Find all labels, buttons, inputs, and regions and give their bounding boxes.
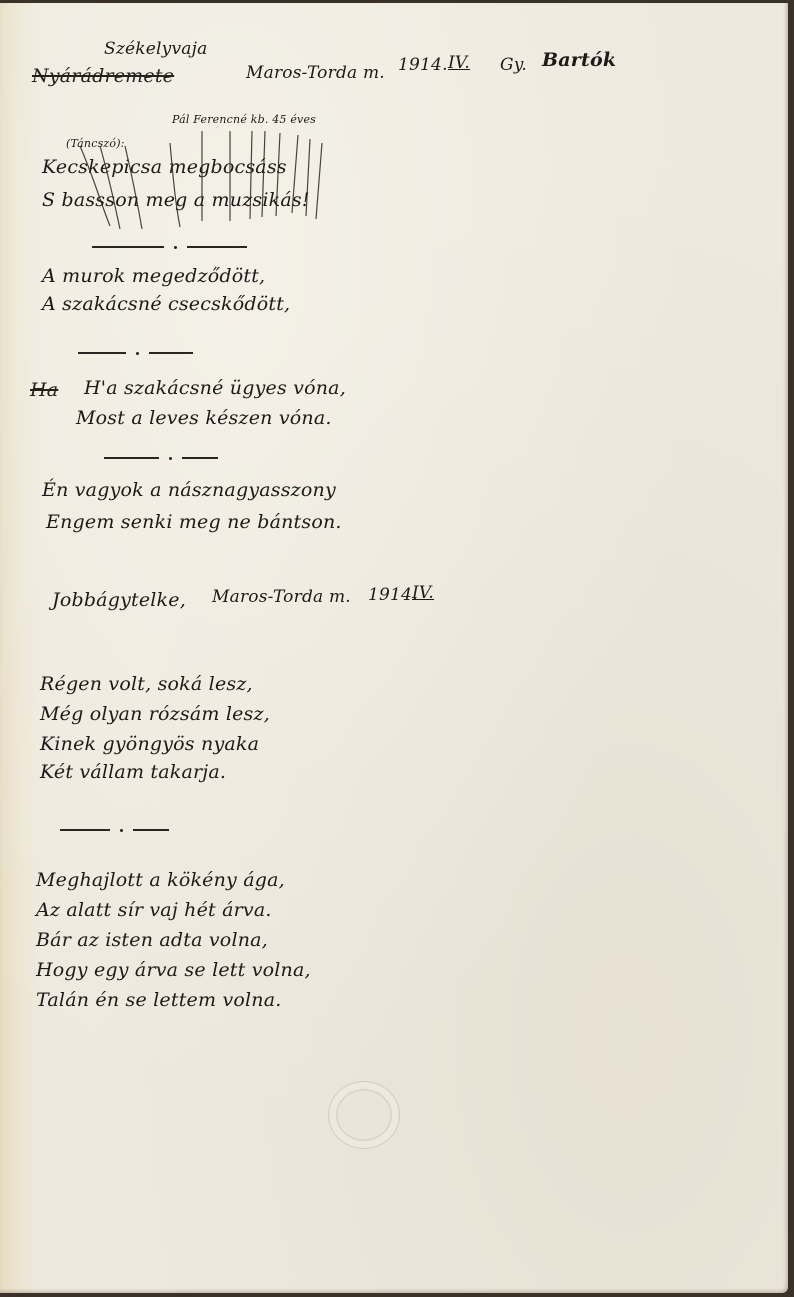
song1-label: (Táncszó): [66, 137, 125, 150]
manuscript-page: Székelyvaja Nyárádremete Maros-Torda m. … [0, 3, 788, 1293]
song5-line-4: Két vállam takarja. [40, 761, 226, 783]
header-month: IV. [448, 53, 470, 73]
song6-line-5: Talán én se lettem volna. [36, 989, 282, 1011]
singer-note: Pál Ferencné kb. 45 éves [172, 113, 316, 126]
struck-place-name: Nyárádremete [32, 65, 174, 87]
section2-year: 1914. [368, 585, 418, 605]
song6-line-4: Hogy egy árva se lett volna, [36, 959, 311, 981]
song6-line-2: Az alatt sír vaj hét árva. [36, 899, 272, 921]
library-stamp [328, 1081, 400, 1149]
song4-line-2: Engem senki meg ne bántson. [46, 511, 342, 533]
song4-line-1: Én vagyok a násznagyasszony [42, 479, 336, 501]
collector-prefix: Gy. [500, 55, 527, 75]
song5-line-1: Régen volt, soká lesz, [40, 673, 253, 695]
song1-line-2: S bassson meg a muzsikás! [42, 189, 310, 211]
section2-county: Maros-Torda m. [212, 587, 351, 607]
song1-line-1: Kecskepicsa megbocsáss [42, 156, 287, 178]
song3-struck-prefix: Ha [30, 379, 58, 401]
header-county: Maros-Torda m. [246, 63, 385, 83]
song5-line-3: Kinek gyöngyös nyaka [40, 733, 259, 755]
inserted-place-name: Székelyvaja [104, 39, 207, 59]
section2-place: Jobbágytelke, [52, 589, 186, 611]
collector-signature: Bartók [542, 49, 616, 71]
song5-line-2: Még olyan rózsám lesz, [40, 703, 270, 725]
section2-month: IV. [412, 583, 434, 603]
song2-line-1: A murok megedződött, [42, 265, 265, 287]
header-year: 1914. [398, 55, 448, 75]
song6-line-3: Bár az isten adta volna, [36, 929, 268, 951]
song3-line-2: Most a leves készen vóna. [76, 407, 332, 429]
song6-line-1: Meghajlott a kökény ága, [36, 869, 285, 891]
song3-line-1: H'a szakácsné ügyes vóna, [84, 377, 346, 399]
song2-line-2: A szakácsné csecskődött, [42, 293, 290, 315]
